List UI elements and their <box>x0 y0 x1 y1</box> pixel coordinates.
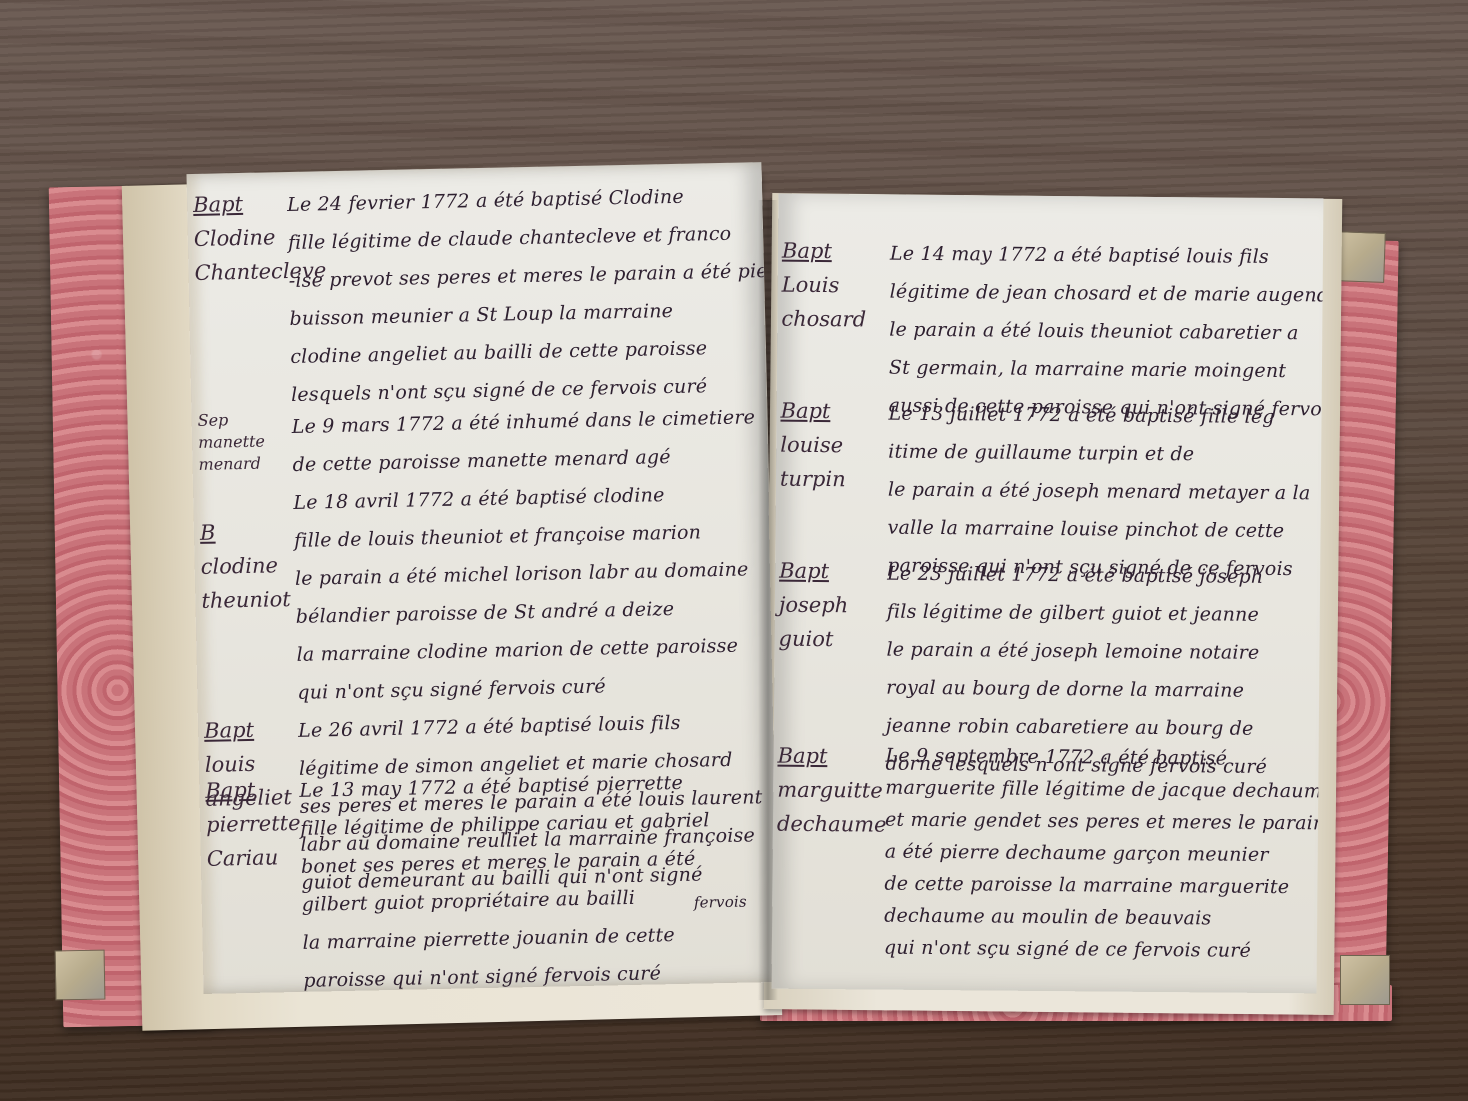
entry-margin-note: B clodine theuniot <box>200 514 292 618</box>
cover-corner-top-right <box>1334 231 1386 283</box>
entry-text: Le 24 fevrier 1772 a été baptisé Clodine… <box>287 176 757 414</box>
entry-margin-note: Bapt marguitte dechaume <box>777 739 868 842</box>
register-page-left: Bapt Clodine Chantecleve Le 24 fevrier 1… <box>186 162 778 994</box>
cover-corner-bottom-right <box>1340 955 1390 1005</box>
register-entry: Bapt Louis chosard Le 14 may 1772 a été … <box>778 234 1323 239</box>
entry-text: Le 9 septembre 1772 a été baptisé margue… <box>884 740 1309 968</box>
entry-margin-note: Sep manette menard <box>197 408 288 476</box>
entry-margin-note: Bapt Clodine Chantecleve <box>193 186 285 290</box>
entry-margin-note: Bapt Louis chosard <box>781 234 872 337</box>
entry-text: Le 18 avril 1772 a été baptisé clodine f… <box>293 474 763 712</box>
cover-corner-bottom-left <box>55 950 106 1001</box>
entry-margin-note: Bapt joseph guiot <box>778 554 869 657</box>
register-page-right: Bapt Louis chosard Le 14 may 1772 a été … <box>772 194 1324 994</box>
entry-text: Le 9 mars 1772 a été inhumé dans le cime… <box>291 398 757 484</box>
entry-margin-note: Bapt pierrette Cariau <box>205 772 297 876</box>
entry-margin-note: Bapt louise turpin <box>780 394 871 497</box>
entry-text: Le 13 may 1772 a été baptisé pierrette f… <box>299 762 769 994</box>
register-entry: Bapt Clodine Chantecleve Le 24 fevrier 1… <box>187 176 762 188</box>
